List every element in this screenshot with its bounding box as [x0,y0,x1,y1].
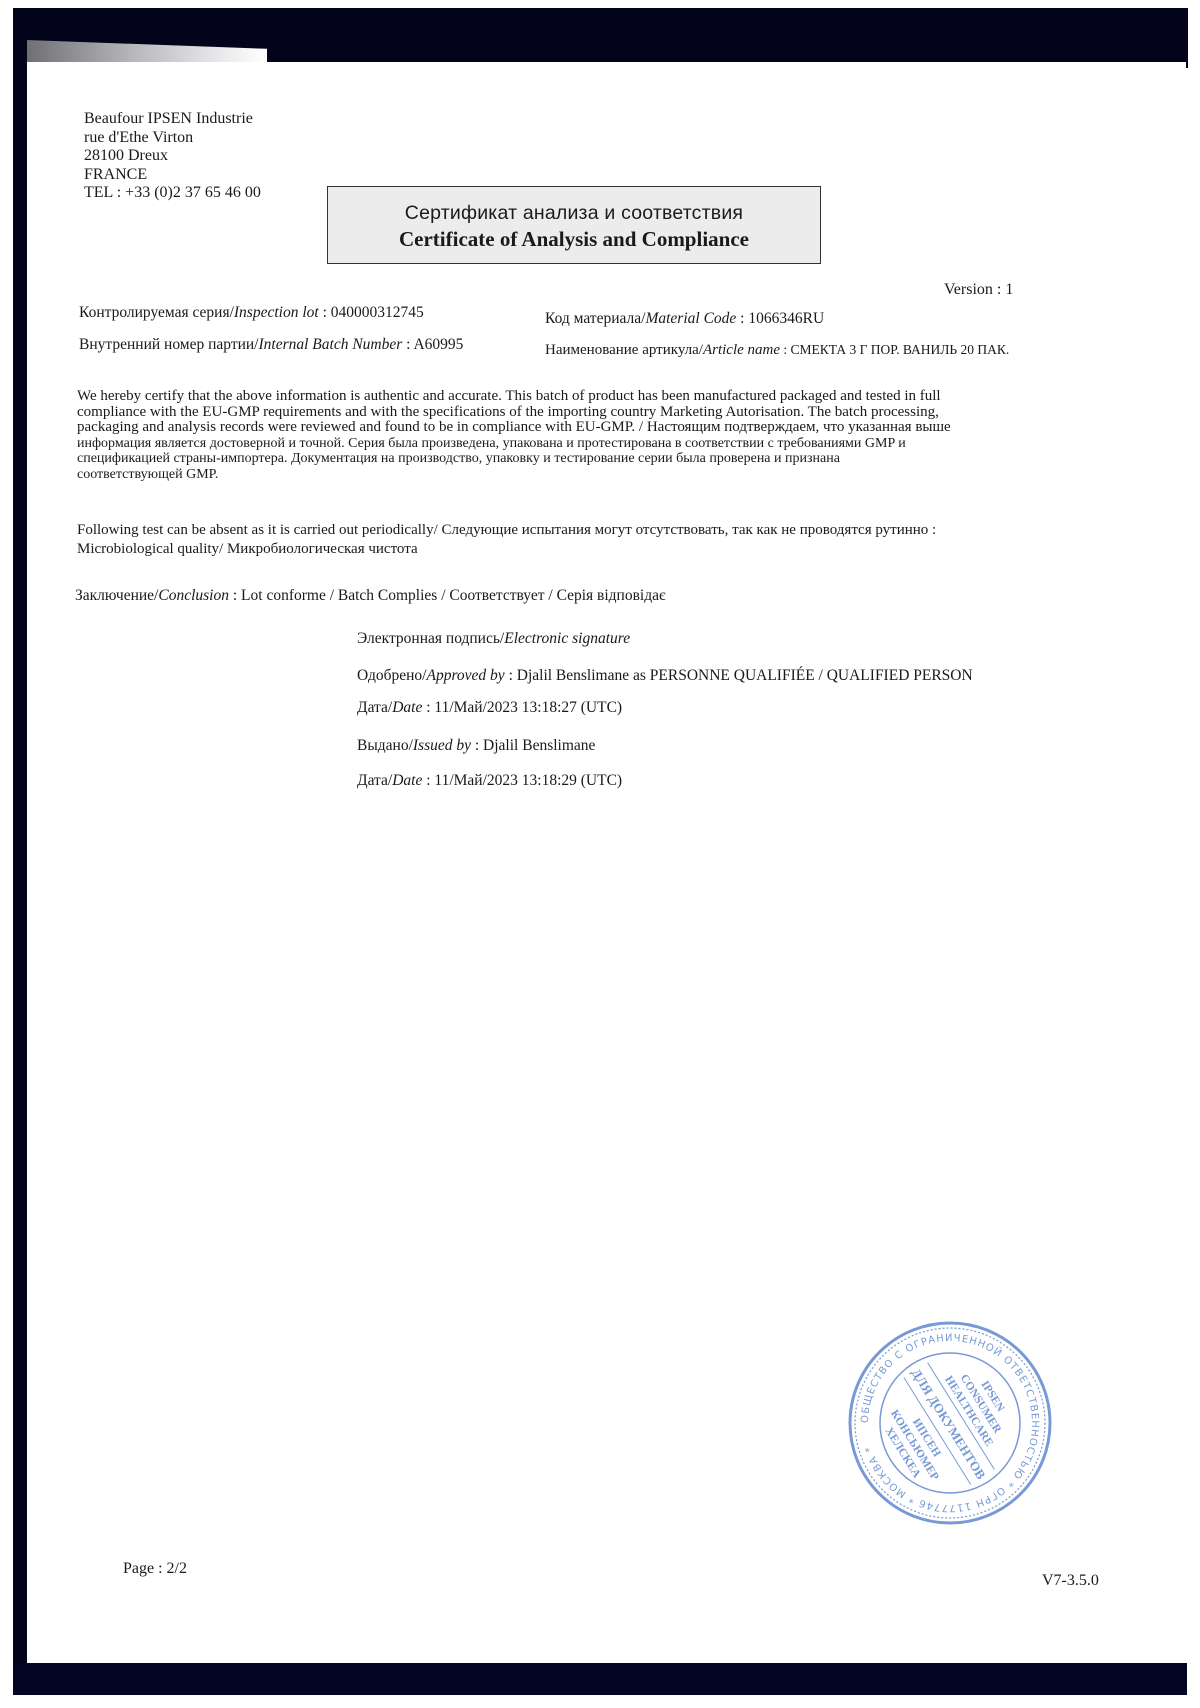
company-stamp-icon: ОБЩЕСТВО С ОГРАНИЧЕННОЙ ОТВЕТСТВЕННОСТЬЮ… [845,1318,1055,1528]
issued-by: Выдано/Issued by : Djalil Benslimane [357,737,595,755]
article-name-field: Наименование артикула/Article name : СМЕ… [545,342,1009,359]
material-code-field: Код материала/Material Code : 1066346RU [545,310,824,328]
electronic-signature-label-ru: Электронная подпись/ [357,630,504,647]
paragraph-line: We hereby certify that the above informa… [77,389,1097,405]
approved-by-value: : Djalil Benslimane as PERSONNE QUALIFIÉ… [505,667,973,684]
document-version: Version : 1 [944,281,1013,299]
page-number: Page : 2/2 [123,1560,187,1578]
sender-city: 28100 Dreux [84,147,261,166]
approved-date-label-en: Date [392,699,422,716]
internal-batch-label-ru: Внутренний номер партии/ [79,336,258,353]
approved-date: Дата/Date : 11/Май/2023 13:18:27 (UTC) [357,699,622,717]
scan-border-bottom [13,1663,1187,1695]
paragraph-line: compliance with the EU-GMP requirements … [77,405,1097,421]
issued-by-value: : Djalil Benslimane [471,737,595,754]
inspection-lot-value: : 040000312745 [319,304,424,321]
article-name-label-en: Article name [703,342,780,358]
internal-batch-field: Внутренний номер партии/Internal Batch N… [79,336,463,354]
material-code-value: : 1066346RU [736,310,824,327]
paragraph-line: соответствующей GMP. [77,467,1097,483]
certificate-title-box: Сертификат анализа и соответствия Certif… [327,186,821,264]
conclusion-label-ru: Заключение/ [75,587,158,604]
periodic-tests-line: Following test can be absent as it is ca… [77,521,1097,540]
approved-by-label-ru: Одобрено/ [357,667,427,684]
approved-by: Одобрено/Approved by : Djalil Benslimane… [357,667,973,685]
conclusion-label-en: Conclusion [158,587,229,604]
article-name-value: : СМЕКТА 3 Г ПОР. ВАНИЛЬ 20 ПАК. [780,342,1009,357]
internal-batch-value: : A60995 [402,336,463,353]
paragraph-line: packaging and analysis records were revi… [77,420,1097,436]
sender-street: rue d'Ethe Virton [84,129,261,148]
paragraph-line: информация является достоверной и точной… [77,436,1097,452]
conclusion: Заключение/Conclusion : Lot conforme / B… [75,587,666,605]
inspection-lot-field: Контролируемая серия/Inspection lot : 04… [79,304,424,322]
sender-phone: TEL : +33 (0)2 37 65 46 00 [84,184,261,203]
periodic-tests-note: Following test can be absent as it is ca… [77,521,1097,559]
paragraph-line: спецификацией страны-импортера. Документ… [77,451,1097,467]
material-code-label-en: Material Code [645,310,736,327]
internal-batch-label-en: Internal Batch Number [258,336,402,353]
approved-date-value: : 11/Май/2023 13:18:27 (UTC) [422,699,622,716]
electronic-signature-label-en: Electronic signature [504,630,630,647]
sender-address: Beaufour IPSEN Industrie rue d'Ethe Virt… [84,110,261,203]
issued-date-value: : 11/Май/2023 13:18:29 (UTC) [422,772,622,789]
inspection-lot-label-en: Inspection lot [234,304,319,321]
approved-by-label-en: Approved by [427,667,505,684]
conclusion-value: : Lot conforme / Batch Complies / Соотве… [229,587,666,604]
issued-date-label-ru: Дата/ [357,772,392,789]
sender-company: Beaufour IPSEN Industrie [84,110,261,129]
article-name-label-ru: Наименование артикула/ [545,342,703,358]
electronic-signature-heading: Электронная подпись/Electronic signature [357,630,630,648]
issued-by-label-ru: Выдано/ [357,737,413,754]
approved-date-label-ru: Дата/ [357,699,392,716]
inspection-lot-label-ru: Контролируемая серия/ [79,304,234,321]
sender-country: FRANCE [84,166,261,185]
periodic-tests-line: Microbiological quality/ Микробиологичес… [77,540,1097,559]
issued-date-label-en: Date [392,772,422,789]
scan-border-right [1186,8,1188,68]
title-russian: Сертификат анализа и соответствия [328,202,820,225]
issued-by-label-en: Issued by [413,737,471,754]
document-template-version: V7-3.5.0 [1042,1572,1099,1590]
material-code-label-ru: Код материала/ [545,310,645,327]
issued-date: Дата/Date : 11/Май/2023 13:18:29 (UTC) [357,772,622,790]
scan-border-left [13,8,27,1695]
title-english: Certificate of Analysis and Compliance [328,227,820,252]
certification-paragraph: We hereby certify that the above informa… [77,389,1097,482]
